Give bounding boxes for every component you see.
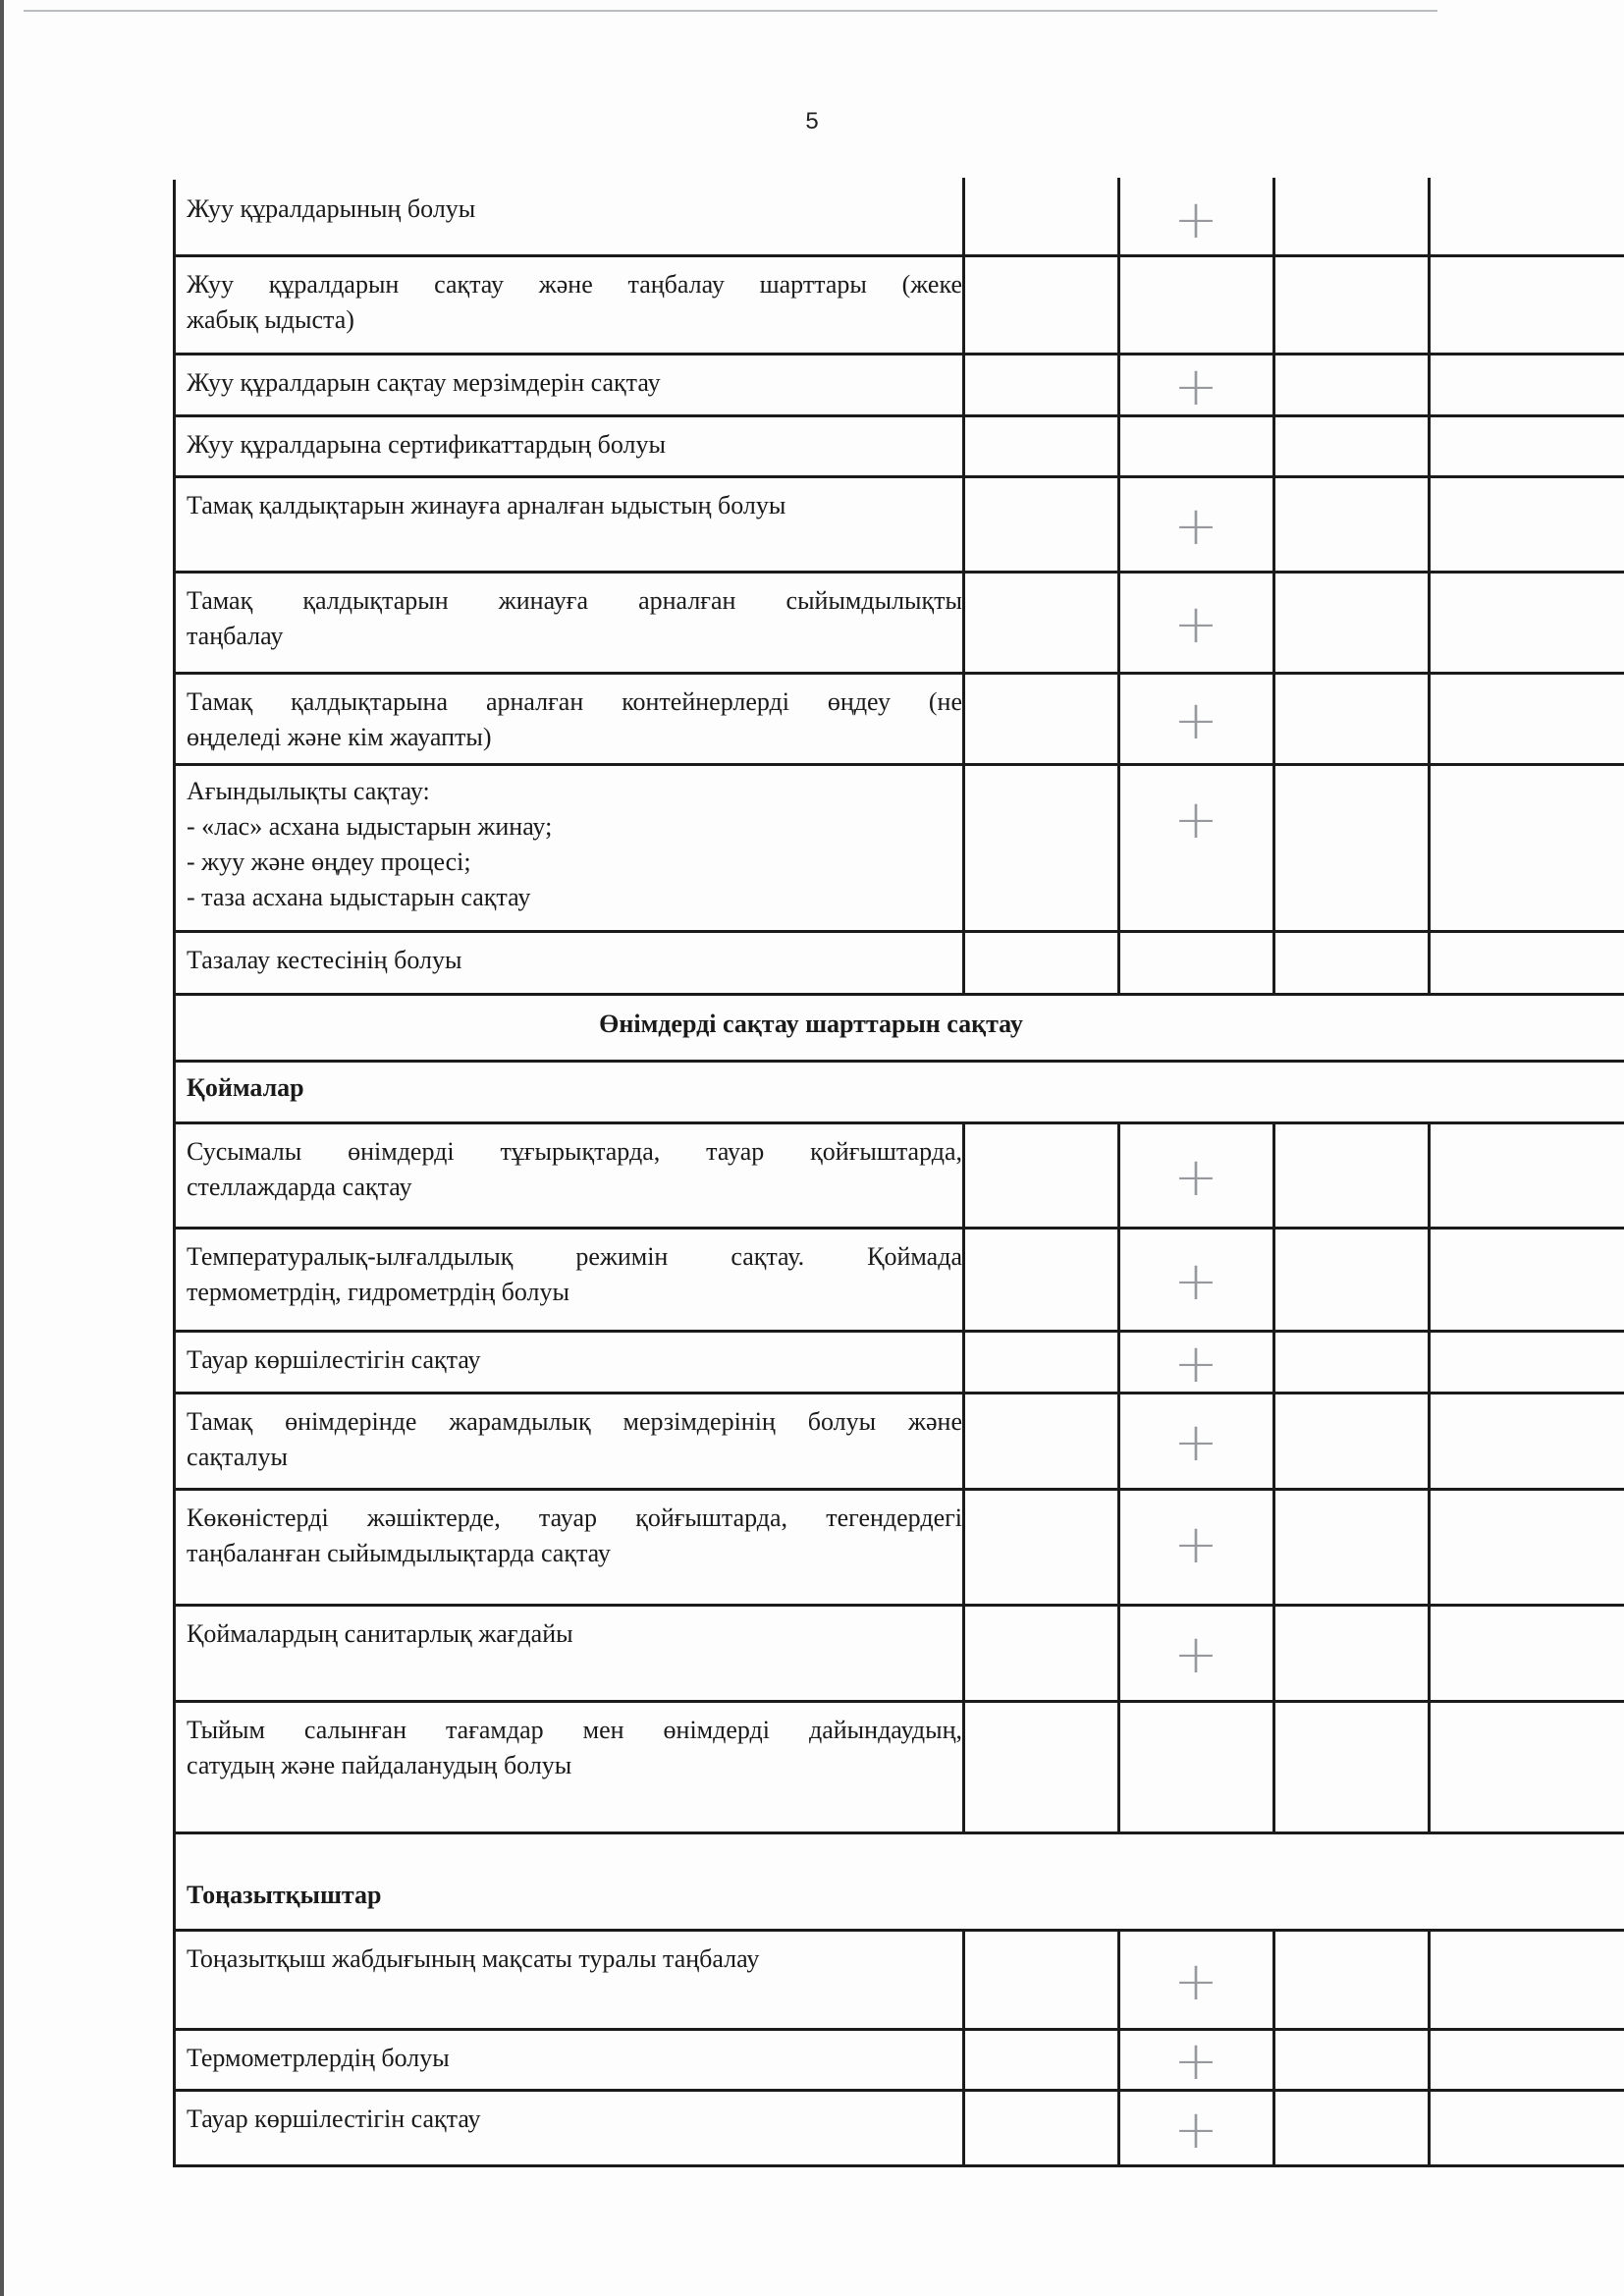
- handwritten-plus-mark: +: [1166, 191, 1225, 249]
- partial-compliance-cell[interactable]: [1275, 1393, 1428, 1489]
- requirement-text-line: Тауар көршілестігін сақтау: [187, 2102, 962, 2137]
- requirement-text-line: Тамақ қалдықтарына арналған контейнерлер…: [187, 684, 962, 720]
- compliance-yes-cell[interactable]: +: [1120, 1228, 1272, 1331]
- partial-compliance-cell[interactable]: [1275, 1930, 1428, 2029]
- table-row: Тыйым салынған тағамдар мен өнімдерді да…: [173, 1701, 1624, 1832]
- column-divider: [1117, 178, 1120, 182]
- subsection-header-row: Қоймалар: [173, 1061, 1624, 1122]
- handwritten-plus-mark: +: [1166, 357, 1225, 416]
- requirement-text: Тыйым салынған тағамдар мен өнімдерді да…: [187, 1713, 962, 1783]
- requirement-text: Ағындылықты сақтау:- «лас» асхана ыдыста…: [187, 774, 962, 915]
- compliance-no-cell[interactable]: [965, 2029, 1117, 2090]
- partial-compliance-cell[interactable]: [1275, 1331, 1428, 1393]
- requirement-text-line: термометрдің, гидрометрдің болуы: [187, 1275, 962, 1310]
- requirement-text-line: Жуу құралдарына сертификаттардың болуы: [187, 427, 962, 463]
- notes-cell[interactable]: [1431, 764, 1624, 931]
- requirement-text: Көкөністерді жәшіктерде, тауар қойғыштар…: [187, 1501, 962, 1571]
- compliance-no-cell[interactable]: [965, 931, 1117, 994]
- notes-cell[interactable]: [1431, 1701, 1624, 1832]
- notes-cell[interactable]: [1431, 1605, 1624, 1701]
- notes-cell[interactable]: [1431, 572, 1624, 673]
- notes-cell[interactable]: [1431, 255, 1624, 354]
- requirement-text-line: Тоңазытқыш жабдығының мақсаты туралы таң…: [187, 1941, 962, 1977]
- page-number: 5: [0, 108, 1624, 136]
- compliance-no-cell[interactable]: [965, 1701, 1117, 1832]
- requirement-text-line: Тыйым салынған тағамдар мен өнімдерді да…: [187, 1713, 962, 1748]
- compliance-yes-cell[interactable]: +: [1120, 2090, 1272, 2165]
- compliance-no-cell[interactable]: [965, 1122, 1117, 1228]
- partial-compliance-cell[interactable]: [1275, 2029, 1428, 2090]
- handwritten-plus-mark: +: [1166, 1252, 1225, 1311]
- requirement-text: Тамақ қалдықтарын жинауға арналған сыйым…: [187, 583, 962, 654]
- requirement-text-line: сатудың және пайдаланудың болуы: [187, 1748, 962, 1783]
- requirement-text: Жуу құралдарын сақтау және таңбалау шарт…: [187, 267, 962, 338]
- compliance-yes-cell[interactable]: +: [1120, 354, 1272, 415]
- compliance-yes-cell[interactable]: +: [1120, 1489, 1272, 1605]
- handwritten-plus-mark: +: [1166, 1515, 1225, 1574]
- notes-cell[interactable]: [1431, 180, 1624, 255]
- requirement-text-line: - таза асхана ыдыстарын сақтау: [187, 880, 962, 915]
- notes-cell[interactable]: [1431, 1122, 1624, 1228]
- partial-compliance-cell[interactable]: [1275, 1122, 1428, 1228]
- requirement-text: Сусымалы өнімдерді тұғырықтарда, тауар қ…: [187, 1134, 962, 1205]
- requirement-text-line: Жуу құралдарын сақтау мерзімдерін сақтау: [187, 365, 962, 401]
- notes-cell[interactable]: [1431, 415, 1624, 476]
- compliance-yes-cell[interactable]: +: [1120, 572, 1272, 673]
- handwritten-plus-mark: +: [1166, 1148, 1225, 1207]
- table-row: Көкөністерді жәшіктерде, тауар қойғыштар…: [173, 1489, 1624, 1605]
- notes-cell[interactable]: [1431, 354, 1624, 415]
- subsection-title: Қоймалар: [187, 1073, 304, 1103]
- requirement-text-line: Көкөністерді жәшіктерде, тауар қойғыштар…: [187, 1501, 962, 1536]
- table-row: Қоймалардың санитарлық жағдайы+: [173, 1605, 1624, 1701]
- partial-compliance-cell[interactable]: [1275, 572, 1428, 673]
- requirement-text-line: Жуу құралдарының болуы: [187, 191, 962, 227]
- table-row: Жуу құралдарын сақтау мерзімдерін сақтау…: [173, 354, 1624, 415]
- partial-compliance-cell[interactable]: [1275, 1701, 1428, 1832]
- notes-cell[interactable]: [1431, 1489, 1624, 1605]
- requirement-text-line: Термометрлердің болуы: [187, 2041, 962, 2076]
- requirement-text-line: Жуу құралдарын сақтау және таңбалау шарт…: [187, 267, 962, 302]
- requirement-text: Жуу құралдарының болуы: [187, 191, 962, 227]
- table-row: Тауар көршілестігін сақтау+: [173, 2090, 1624, 2165]
- handwritten-plus-mark: +: [1166, 791, 1225, 849]
- compliance-no-cell[interactable]: [965, 255, 1117, 354]
- requirement-text-line: таңбаланған сыйымдылықтарда сақтау: [187, 1536, 962, 1571]
- requirement-text: Температуралық-ылғалдылық режимін сақтау…: [187, 1239, 962, 1310]
- requirement-text: Жуу құралдарын сақтау мерзімдерін сақтау: [187, 365, 962, 401]
- table-row: Тауар көршілестігін сақтау+: [173, 1331, 1624, 1393]
- requirement-text: Тазалау кестесінің болуы: [187, 943, 962, 978]
- requirement-text-line: Температуралық-ылғалдылық режимін сақтау…: [187, 1239, 962, 1275]
- table-row: Тамақ өнімдерінде жарамдылық мерзімдерін…: [173, 1393, 1624, 1489]
- partial-compliance-cell[interactable]: [1275, 415, 1428, 476]
- subsection-header-row: Тоңазытқыштар: [173, 1832, 1624, 1930]
- table-row: Жуу құралдарының болуы+: [173, 180, 1624, 255]
- requirement-text: Жуу құралдарына сертификаттардың болуы: [187, 427, 962, 463]
- compliance-yes-cell[interactable]: +: [1120, 673, 1272, 764]
- requirement-text-line: - «лас» асхана ыдыстарын жинау;: [187, 809, 962, 845]
- compliance-no-cell[interactable]: [965, 1930, 1117, 2029]
- compliance-yes-cell[interactable]: +: [1120, 764, 1272, 931]
- notes-cell[interactable]: [1431, 2090, 1624, 2165]
- handwritten-plus-mark: +: [1166, 497, 1225, 556]
- requirement-text: Тауар көршілестігін сақтау: [187, 2102, 962, 2137]
- requirement-text: Тоңазытқыш жабдығының мақсаты туралы таң…: [187, 1941, 962, 1977]
- column-divider: [1428, 178, 1431, 182]
- compliance-yes-cell[interactable]: +: [1120, 1393, 1272, 1489]
- requirement-text-line: Тазалау кестесінің болуы: [187, 943, 962, 978]
- notes-cell[interactable]: [1431, 931, 1624, 994]
- notes-cell[interactable]: [1431, 1331, 1624, 1393]
- compliance-no-cell[interactable]: [965, 1605, 1117, 1701]
- column-divider: [1272, 178, 1275, 182]
- requirement-text-line: жабық ыдыста): [187, 302, 962, 338]
- notes-cell[interactable]: [1431, 2029, 1624, 2090]
- column-divider: [962, 178, 965, 182]
- compliance-yes-cell[interactable]: [1120, 1701, 1272, 1832]
- table-row: Тамақ қалдықтарын жинауға арналған ыдыст…: [173, 476, 1624, 572]
- compliance-yes-cell[interactable]: +: [1120, 180, 1272, 255]
- compliance-no-cell[interactable]: [965, 1393, 1117, 1489]
- compliance-yes-cell[interactable]: +: [1120, 1605, 1272, 1701]
- handwritten-plus-mark: +: [1166, 2101, 1225, 2159]
- table-row: Жуу құралдарын сақтау және таңбалау шарт…: [173, 255, 1624, 354]
- requirement-text-line: сақталуы: [187, 1440, 962, 1475]
- table-row: Тамақ қалдықтарын жинауға арналған сыйым…: [173, 572, 1624, 673]
- handwritten-plus-mark: +: [1166, 595, 1225, 654]
- compliance-yes-cell[interactable]: +: [1120, 1122, 1272, 1228]
- partial-compliance-cell[interactable]: [1275, 255, 1428, 354]
- subsection-title: Тоңазытқыштар: [187, 1881, 381, 1910]
- notes-cell[interactable]: [1431, 1393, 1624, 1489]
- handwritten-plus-mark: +: [1166, 1413, 1225, 1472]
- requirement-text: Тауар көршілестігін сақтау: [187, 1342, 962, 1378]
- handwritten-plus-mark: +: [1166, 691, 1225, 750]
- requirement-text: Қоймалардың санитарлық жағдайы: [187, 1616, 962, 1652]
- requirement-text: Тамақ өнімдерінде жарамдылық мерзімдерін…: [187, 1404, 962, 1475]
- requirement-text-line: Қоймалардың санитарлық жағдайы: [187, 1616, 962, 1652]
- partial-compliance-cell[interactable]: [1275, 1605, 1428, 1701]
- table-row: Ағындылықты сақтау:- «лас» асхана ыдыста…: [173, 764, 1624, 931]
- scan-edge: [0, 0, 4, 2296]
- compliance-no-cell[interactable]: [965, 764, 1117, 931]
- requirement-text: Тамақ қалдықтарына арналған контейнерлер…: [187, 684, 962, 755]
- partial-compliance-cell[interactable]: [1275, 1228, 1428, 1331]
- table-row: Температуралық-ылғалдылық режимін сақтау…: [173, 1228, 1624, 1331]
- handwritten-plus-mark: +: [1166, 1335, 1225, 1394]
- requirement-text-line: стеллаждарда сақтау: [187, 1170, 962, 1205]
- compliance-no-cell[interactable]: [965, 2090, 1117, 2165]
- requirement-text-line: Ағындылықты сақтау:: [187, 774, 962, 809]
- compliance-no-cell[interactable]: [965, 1489, 1117, 1605]
- scan-top-line: [24, 10, 1437, 12]
- table-row: Сусымалы өнімдерді тұғырықтарда, тауар қ…: [173, 1122, 1624, 1228]
- partial-compliance-cell[interactable]: [1275, 931, 1428, 994]
- notes-cell[interactable]: [1431, 1930, 1624, 2029]
- requirement-text-line: - жуу және өңдеу процесі;: [187, 845, 962, 880]
- partial-compliance-cell[interactable]: [1275, 180, 1428, 255]
- compliance-yes-cell[interactable]: +: [1120, 1331, 1272, 1393]
- handwritten-plus-mark: +: [1166, 2032, 1225, 2091]
- partial-compliance-cell[interactable]: [1275, 1489, 1428, 1605]
- table-row: Тоңазытқыш жабдығының мақсаты туралы таң…: [173, 1930, 1624, 2029]
- table-row: Тазалау кестесінің болуы: [173, 931, 1624, 994]
- requirement-text-line: таңбалау: [187, 619, 962, 654]
- compliance-yes-cell[interactable]: [1120, 931, 1272, 994]
- notes-cell[interactable]: [1431, 476, 1624, 572]
- compliance-no-cell[interactable]: [965, 572, 1117, 673]
- compliance-no-cell[interactable]: [965, 1228, 1117, 1331]
- notes-cell[interactable]: [1431, 1228, 1624, 1331]
- partial-compliance-cell[interactable]: [1275, 764, 1428, 931]
- section-header-row: Өнімдерді сақтау шарттарын сақтау: [173, 994, 1624, 1061]
- compliance-no-cell[interactable]: [965, 1331, 1117, 1393]
- requirement-text-line: Тауар көршілестігін сақтау: [187, 1342, 962, 1378]
- requirement-text-line: Тамақ қалдықтарын жинауға арналған ыдыст…: [187, 488, 962, 523]
- partial-compliance-cell[interactable]: [1275, 476, 1428, 572]
- compliance-no-cell[interactable]: [965, 180, 1117, 255]
- requirement-text-line: Сусымалы өнімдерді тұғырықтарда, тауар қ…: [187, 1134, 962, 1170]
- compliance-yes-cell[interactable]: +: [1120, 2029, 1272, 2090]
- table-row: Тамақ қалдықтарына арналған контейнерлер…: [173, 673, 1624, 764]
- compliance-no-cell[interactable]: [965, 415, 1117, 476]
- compliance-yes-cell[interactable]: [1120, 415, 1272, 476]
- section-title: Өнімдерді сақтау шарттарын сақтау: [173, 1010, 1449, 1039]
- table-row: Жуу құралдарына сертификаттардың болуы: [173, 415, 1624, 476]
- compliance-no-cell[interactable]: [965, 354, 1117, 415]
- requirement-text-line: өңделеді және кім жауапты): [187, 720, 962, 755]
- requirement-text-line: Тамақ өнімдерінде жарамдылық мерзімдерін…: [187, 1404, 962, 1440]
- partial-compliance-cell[interactable]: [1275, 354, 1428, 415]
- compliance-yes-cell[interactable]: +: [1120, 476, 1272, 572]
- partial-compliance-cell[interactable]: [1275, 673, 1428, 764]
- handwritten-plus-mark: +: [1166, 1625, 1225, 1684]
- handwritten-plus-mark: +: [1166, 1952, 1225, 2011]
- partial-compliance-cell[interactable]: [1275, 2090, 1428, 2165]
- compliance-no-cell[interactable]: [965, 673, 1117, 764]
- requirement-text: Термометрлердің болуы: [187, 2041, 962, 2076]
- requirement-text: Тамақ қалдықтарын жинауға арналған ыдыст…: [187, 488, 962, 523]
- notes-cell[interactable]: [1431, 673, 1624, 764]
- compliance-yes-cell[interactable]: [1120, 255, 1272, 354]
- table-row: Термометрлердің болуы+: [173, 2029, 1624, 2090]
- requirement-text-line: Тамақ қалдықтарын жинауға арналған сыйым…: [187, 583, 962, 619]
- compliance-yes-cell[interactable]: +: [1120, 1930, 1272, 2029]
- compliance-no-cell[interactable]: [965, 476, 1117, 572]
